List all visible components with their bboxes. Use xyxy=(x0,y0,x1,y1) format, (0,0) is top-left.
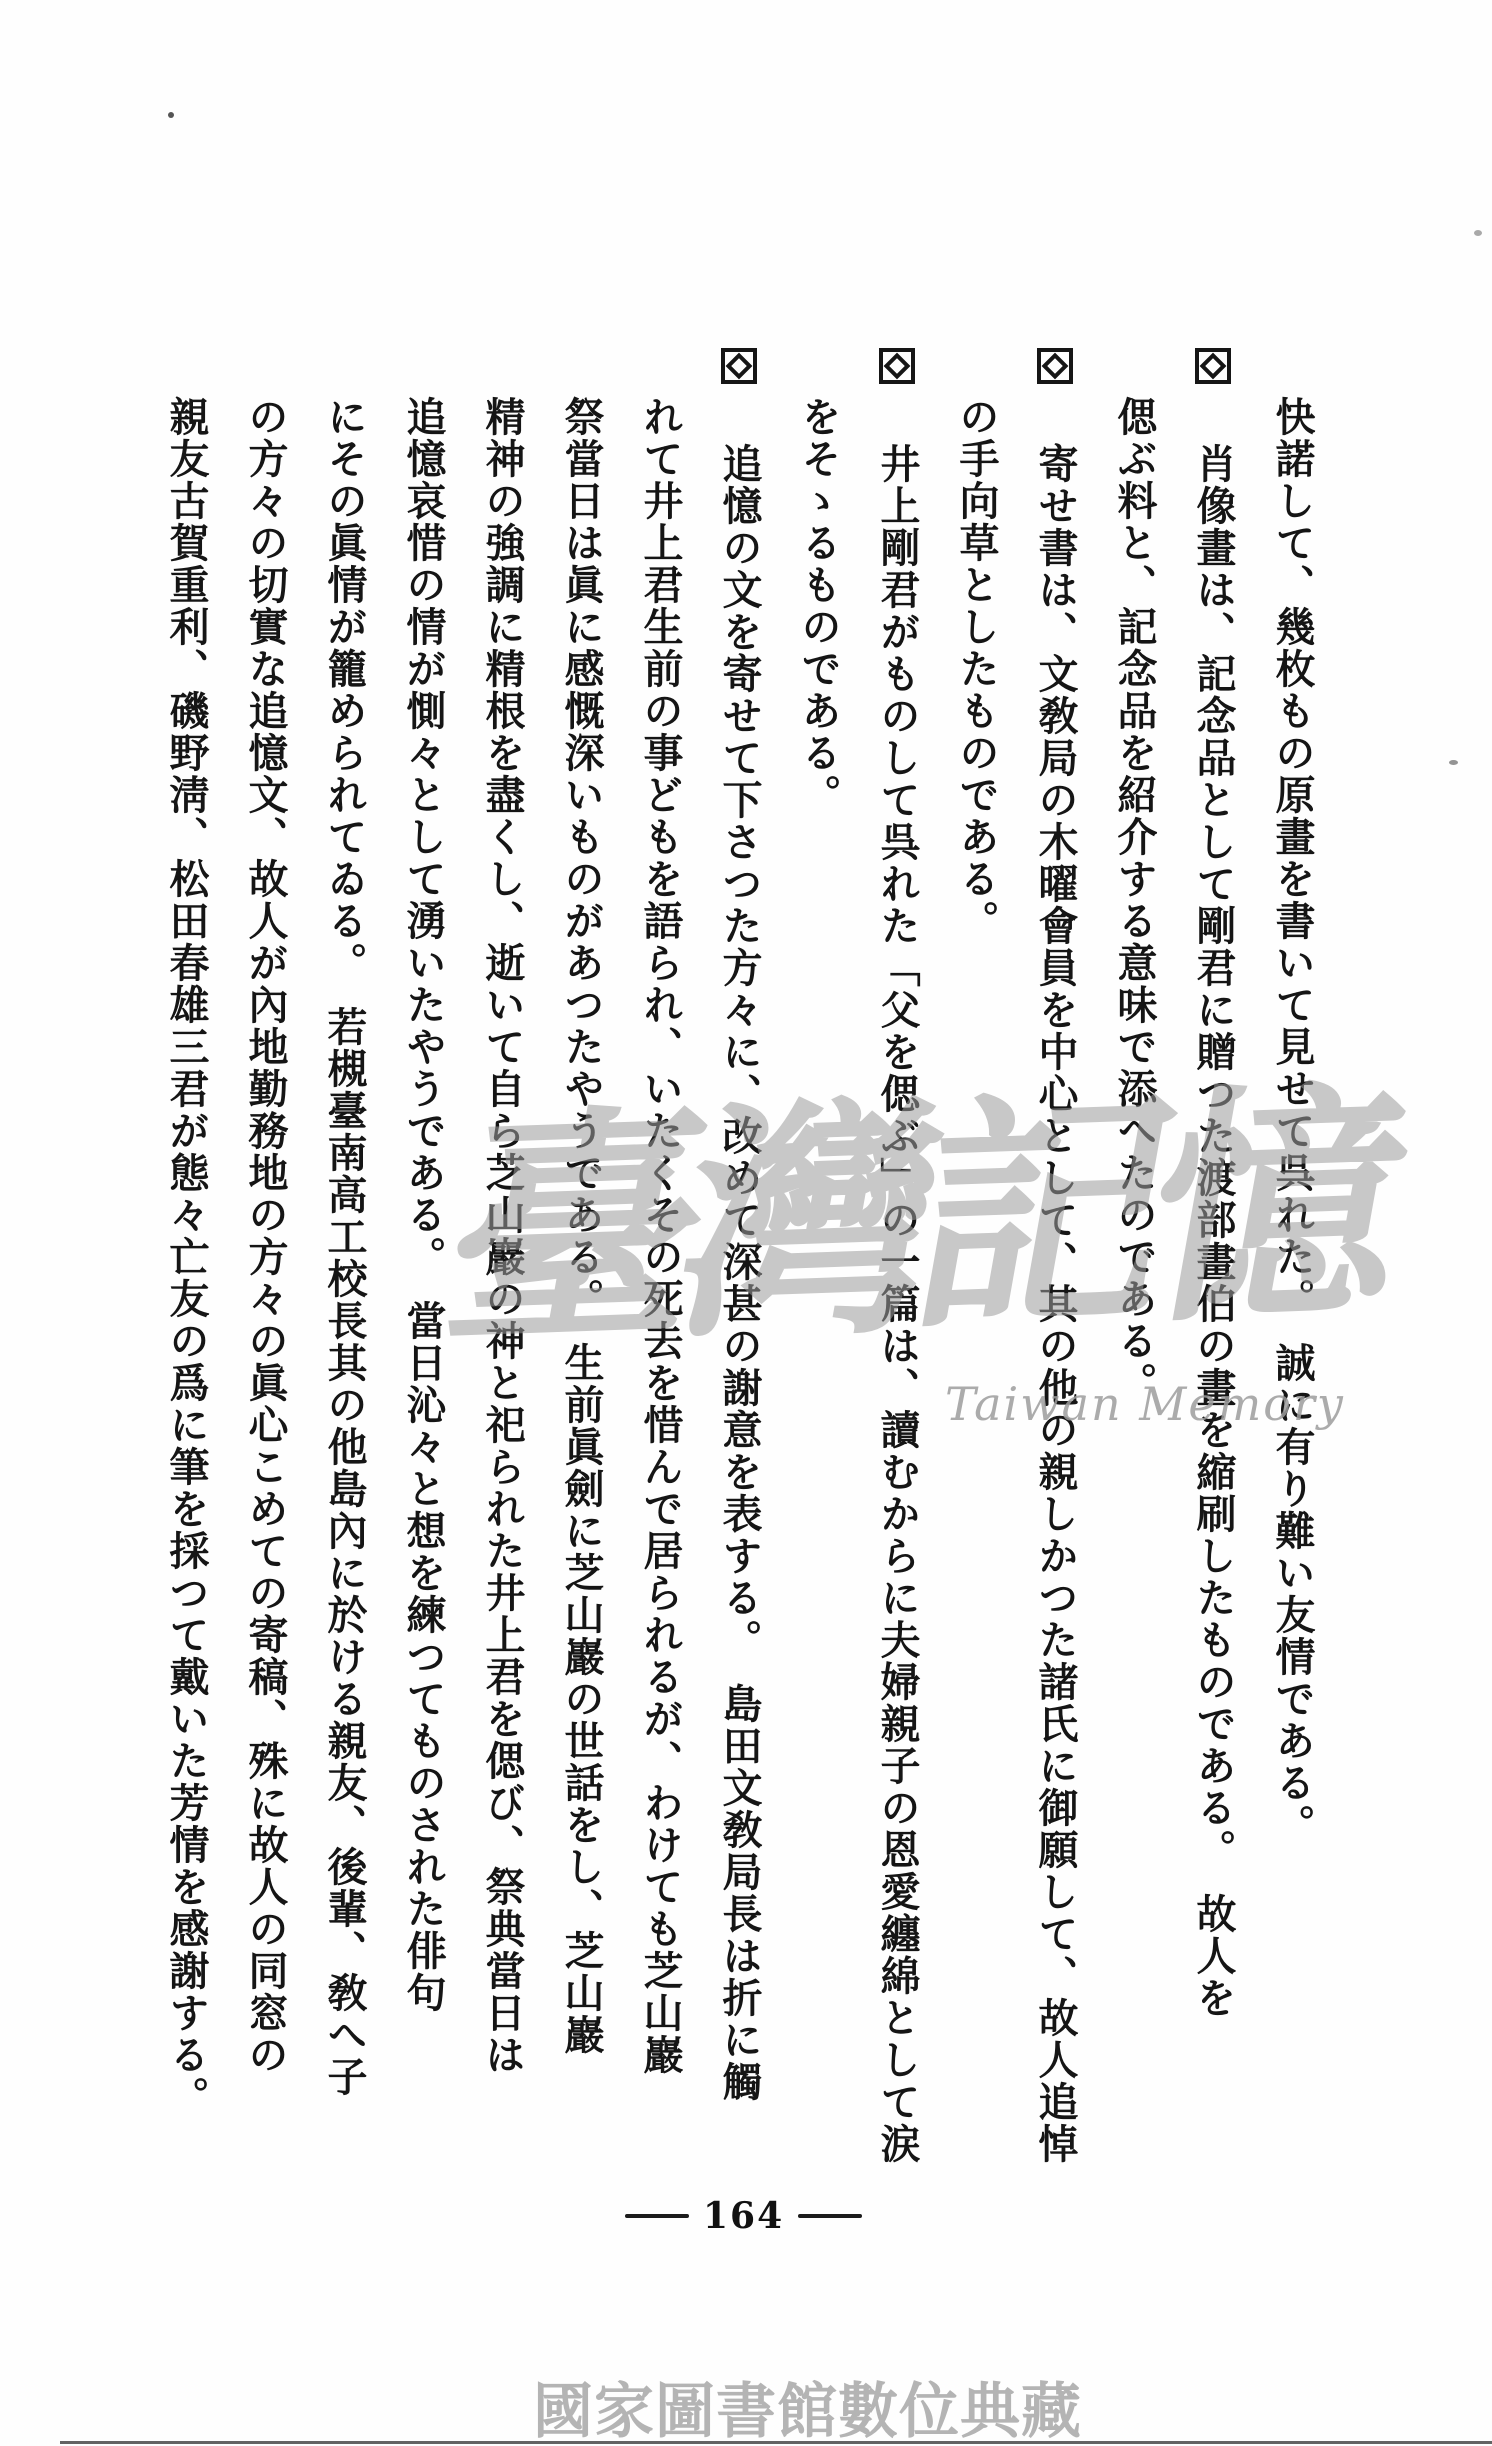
column-text: 親友古賀重利、磯野淸、松田春雄三君が態々亡友の爲に筆を採つて戴いた芳情を感謝する… xyxy=(163,396,210,2118)
text-column: にその眞情が籠められてゐる。 若槻臺南高工校長其の他島內に於ける親友、後輩、敎へ… xyxy=(322,348,366,2158)
text-column: 偲ぶ料と、記念品を紹介する意味で添へたのである。 xyxy=(1112,348,1156,2158)
library-watermark: 國家圖書館數位典藏 xyxy=(533,2364,1082,2446)
text-column: 追憶哀惜の情が惻々として湧いたやうである。 當日沁々と想を練つてものされた俳句 xyxy=(401,348,445,2158)
text-column: 寄せ書は、文敎局の木曜會員を中心として、其の他の親しかつた諸氏に御願して、故人追… xyxy=(1033,348,1077,2158)
column-text: 肖像畫は、記念品として剛君に贈つた渡部畫伯の畫を縮刷したものである。 故人を xyxy=(1190,443,1237,2019)
page-number: 164 xyxy=(625,2196,862,2236)
column-text: にその眞情が籠められてゐる。 若槻臺南高工校長其の他島內に於ける親友、後輩、敎へ… xyxy=(321,396,368,2098)
text-column: 井上剛君がものして呉れた「父を偲ぶ」の一篇は、讀むからに夫婦親子の恩愛纏綿として… xyxy=(875,348,919,2158)
section-marker-icon xyxy=(1037,348,1073,384)
scan-speck xyxy=(1474,230,1482,236)
section-marker-icon xyxy=(1195,348,1231,384)
column-text: 井上剛君がものして呉れた「父を偲ぶ」の一篇は、讀むからに夫婦親子の恩愛纏綿として… xyxy=(874,443,921,2165)
column-text: れて井上君生前の事どもを語られ、いたくその死去を惜んで居られるが、わけても芝山巖 xyxy=(637,396,684,2076)
text-column: れて井上君生前の事どもを語られ、いたくその死去を惜んで居られるが、わけても芝山巖 xyxy=(638,348,682,2158)
text-columns: 快諾して、幾枚もの原畫を書いて見せて呉れた。 誠に有り難い友情である。 肖像畫は… xyxy=(129,348,1314,2158)
column-text: 精神の強調に精根を盡くし、逝いて自ら芝山巖の神と祀られた井上君を偲び、祭典當日は xyxy=(479,396,526,2076)
text-column: をそゝるものである。 xyxy=(796,348,840,2158)
section-marker-icon xyxy=(721,348,757,384)
scanned-book-page: 快諾して、幾枚もの原畫を書いて見せて呉れた。 誠に有り難い友情である。 肖像畫は… xyxy=(0,0,1492,2446)
section-marker-icon xyxy=(879,348,915,384)
scan-edge-line xyxy=(60,2441,1492,2444)
column-text: 偲ぶ料と、記念品を紹介する意味で添へたのである。 xyxy=(1111,396,1158,1404)
column-text: 追憶哀惜の情が惻々として湧いたやうである。 當日沁々と想を練つてものされた俳句 xyxy=(400,396,447,2014)
text-column: の方々の切實な追憶文、故人が內地勤務地の方々の眞心こめての寄稿、殊に故人の同窓の xyxy=(243,348,287,2158)
scan-speck xyxy=(1449,760,1458,765)
text-column: 精神の強調に精根を盡くし、逝いて自ら芝山巖の神と祀られた井上君を偲び、祭典當日は xyxy=(480,348,524,2158)
column-text: 快諾して、幾枚もの原畫を書いて見せて呉れた。 誠に有り難い友情である。 xyxy=(1269,396,1316,1846)
text-column: 親友古賀重利、磯野淸、松田春雄三君が態々亡友の爲に筆を採つて戴いた芳情を感謝する… xyxy=(164,348,208,2158)
page-number-dash-right xyxy=(798,2214,862,2218)
column-text: 祭當日は眞に感慨深いものがあつたやうである。 生前眞劍に芝山巖の世話をし、芝山巖 xyxy=(558,396,605,2056)
text-column: 追憶の文を寄せて下さつた方々に、改めて深甚の謝意を表する。 島田文敎局長は折に觸 xyxy=(717,348,761,2158)
column-text: の手向草としたものである。 xyxy=(953,396,1000,942)
column-text: をそゝるものである。 xyxy=(795,396,842,816)
column-text: 寄せ書は、文敎局の木曜會員を中心として、其の他の親しかつた諸氏に御願して、故人追… xyxy=(1032,443,1079,2165)
page-number-dash-left xyxy=(625,2214,689,2218)
text-column: 祭當日は眞に感慨深いものがあつたやうである。 生前眞劍に芝山巖の世話をし、芝山巖 xyxy=(559,348,603,2158)
scan-speck xyxy=(168,112,174,118)
text-column: の手向草としたものである。 xyxy=(954,348,998,2158)
column-text: 追憶の文を寄せて下さつた方々に、改めて深甚の謝意を表する。 島田文敎局長は折に觸 xyxy=(716,443,763,2103)
column-text: の方々の切實な追憶文、故人が內地勤務地の方々の眞心こめての寄稿、殊に故人の同窓の xyxy=(242,396,289,2076)
page-number-value: 164 xyxy=(703,2198,784,2234)
text-column: 快諾して、幾枚もの原畫を書いて見せて呉れた。 誠に有り難い友情である。 xyxy=(1270,348,1314,2158)
text-column: 肖像畫は、記念品として剛君に贈つた渡部畫伯の畫を縮刷したものである。 故人を xyxy=(1191,348,1235,2158)
